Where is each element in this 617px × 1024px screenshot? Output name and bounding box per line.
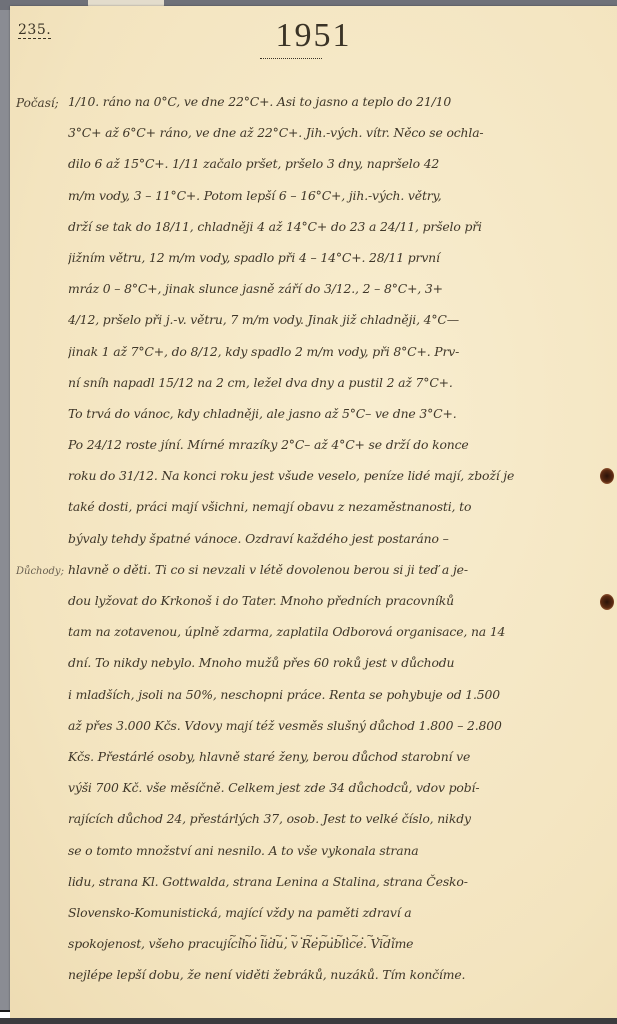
text-line: To trvá do vánoc, kdy chladněji, ale jas… (68, 398, 598, 429)
text-line: roku do 31/12. Na konci roku jest všude … (68, 460, 598, 491)
binding-hole-upper (600, 468, 614, 484)
text-line: se o tomto množství ani nesnilo. A to vš… (68, 835, 598, 866)
text-line: lidu, strana Kl. Gottwalda, strana Lenin… (68, 866, 598, 897)
closing-ornament: ~.~.~.~.~.~.~.~.~.~.~. (10, 930, 617, 942)
chronicle-page: 235. 1951 Počasí; Důchody; 1/10. ráno na… (10, 6, 617, 1018)
text-line: dou lyžovat do Krkonoš i do Tater. Mnoho… (68, 585, 598, 616)
text-line: bývaly tehdy špatné vánoce. Ozdraví každ… (68, 523, 598, 554)
title-underline-ornament (260, 54, 322, 59)
text-line: hlavně o děti. Ti co si nevzali v létě d… (68, 554, 598, 585)
text-line: tam na zotavenou, úplně zdarma, zaplatil… (68, 616, 598, 647)
scanner-backdrop-bottom (0, 1018, 617, 1024)
text-line: 1/10. ráno na 0°C, ve dne 22°C+. Asi to … (68, 86, 598, 117)
text-line: m/m vody, 3 – 11°C+. Potom lepší 6 – 16°… (68, 180, 598, 211)
text-line: také dosti, práci mají všichni, nemají o… (68, 491, 598, 522)
text-line: jižním větru, 12 m/m vody, spadlo při 4 … (68, 242, 598, 273)
text-line: Kčs. Přestárlé osoby, hlavně staré ženy,… (68, 741, 598, 772)
text-line: 3°C+ až 6°C+ ráno, ve dne až 22°C+. Jih.… (68, 117, 598, 148)
text-line: nejlépe lepší dobu, že není viděti žebrá… (68, 959, 598, 990)
text-line: drží se tak do 18/11, chladněji 4 až 14°… (68, 211, 598, 242)
text-line: i mladších, jsoli na 50%, neschopni prác… (68, 679, 598, 710)
handwritten-body: 1/10. ráno na 0°C, ve dne 22°C+. Asi to … (68, 86, 598, 990)
text-line: až přes 3.000 Kčs. Vdovy mají též vesměs… (68, 710, 598, 741)
text-line: Slovensko-Komunistická, mající vždy na p… (68, 897, 598, 928)
page-title-year: 1951 (10, 18, 617, 54)
text-line: dní. To nikdy nebylo. Mnoho mužů přes 60… (68, 647, 598, 678)
binding-hole-lower (600, 594, 614, 610)
text-line: 4/12, pršelo při j.-v. větru, 7 m/m vody… (68, 304, 598, 335)
text-line: rajících důchod 24, přestárlých 37, osob… (68, 803, 598, 834)
margin-note-weather: Počasí; (16, 96, 59, 110)
text-line: mráz 0 – 8°C+, jinak slunce jasně září d… (68, 273, 598, 304)
text-line: jinak 1 až 7°C+, do 8/12, kdy spadlo 2 m… (68, 336, 598, 367)
text-line: Po 24/12 roste jíní. Mírné mrazíky 2°C– … (68, 429, 598, 460)
text-line: ní sníh napadl 15/12 na 2 cm, ležel dva … (68, 367, 598, 398)
text-line: výši 700 Kč. vše měsíčně. Celkem jest zd… (68, 772, 598, 803)
margin-note-pensions: Důchody; (16, 566, 64, 577)
text-line: dilo 6 až 15°C+. 1/11 začalo pršet, prše… (68, 148, 598, 179)
